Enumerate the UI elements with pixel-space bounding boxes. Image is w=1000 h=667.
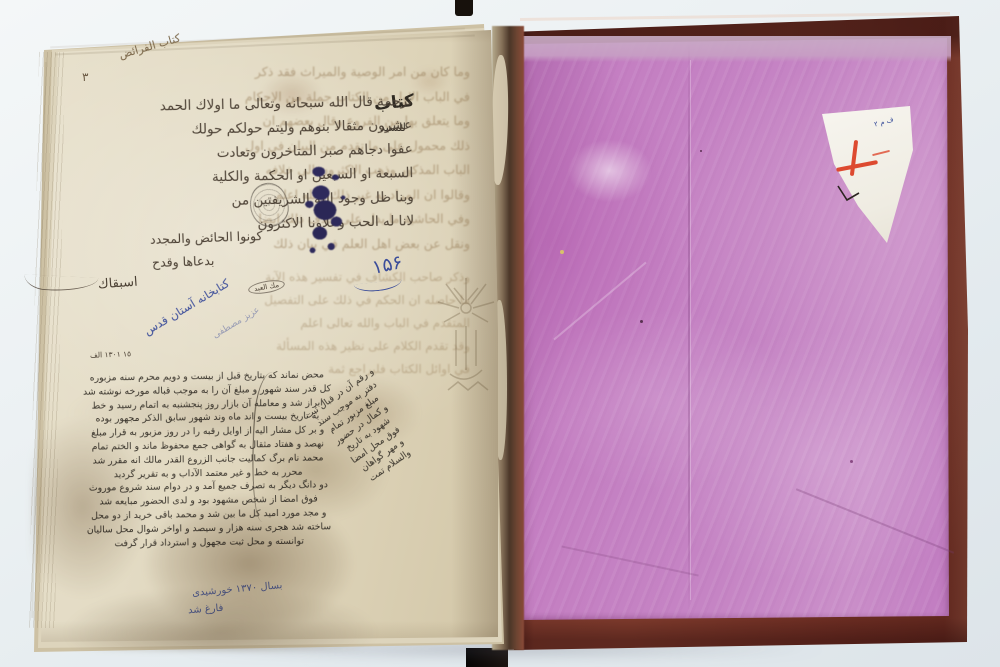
margin-word: اسبقاك: [98, 275, 139, 293]
paper-speck-yellow: [560, 250, 564, 254]
paper-speck-2: [700, 150, 702, 152]
ghost-line: وقد تقدم الكلام على نظير هذه المسألة: [200, 335, 470, 358]
ink-blot: [299, 164, 351, 260]
ghost-line: وما كان من امر الوصية والميراث فقد ذكر: [118, 60, 470, 85]
handwritten-line-8: بدعاها وقدح: [152, 253, 215, 270]
manuscript-photo: ف م ۲ كتاب الفرائض ٣ وما كان من امر الوص…: [0, 0, 1000, 667]
ghost-line: وذكر صاحب الكشاف في تفسير هذه الآية: [200, 266, 470, 289]
black-tick-mark: [836, 184, 862, 206]
paper-speck-1: [640, 320, 643, 323]
paper-speck-3: [850, 460, 853, 463]
folio-number: ٣: [82, 70, 88, 84]
book-cradle-clamp: [455, 0, 473, 16]
inventory-number: ١٥ ١٣٠١ الف: [90, 349, 131, 359]
ghost-line: ما حاصله ان الحكم في ذلك على التفصيل: [200, 289, 470, 312]
endpaper-top-torn-band: [519, 36, 951, 62]
